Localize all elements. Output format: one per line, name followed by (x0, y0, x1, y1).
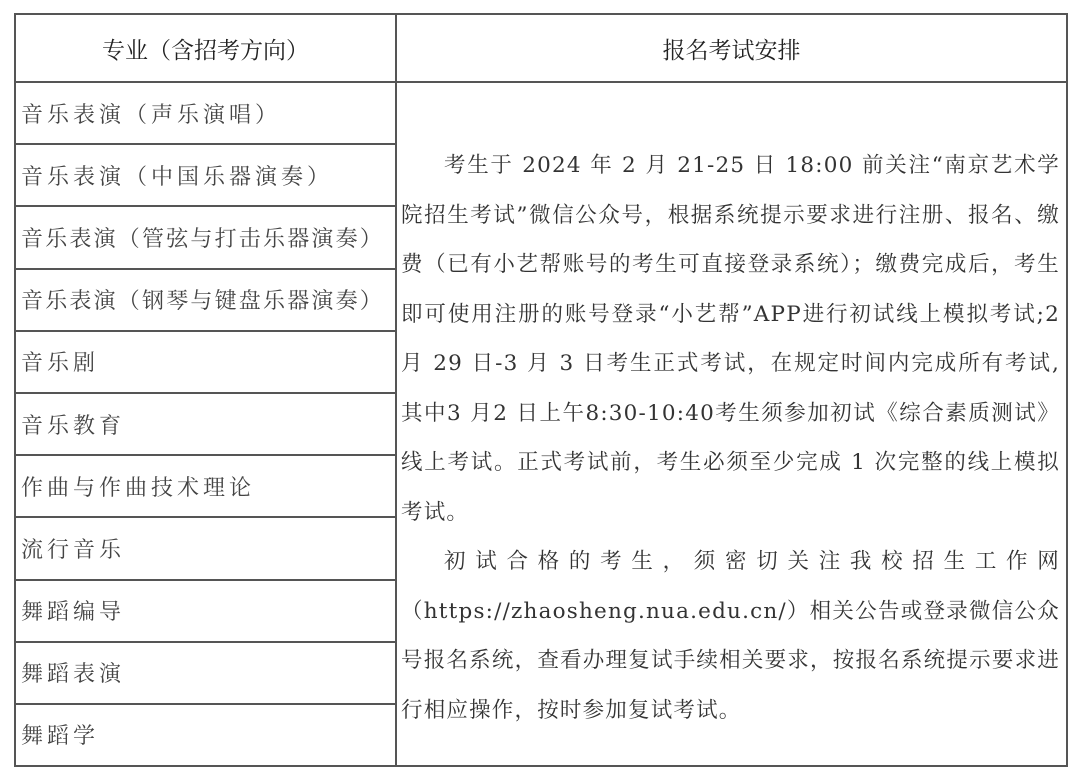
admission-schedule-table: 专业（含招考方向） 报名考试安排 音乐表演（声乐演唱） 音乐表演（中国乐器演奏）… (14, 13, 1068, 767)
majors-column: 音乐表演（声乐演唱） 音乐表演（中国乐器演奏） 音乐表演（管弦与打击乐器演奏） … (16, 83, 397, 765)
major-row: 音乐剧 (16, 332, 395, 394)
major-row: 音乐表演（中国乐器演奏） (16, 145, 395, 207)
major-row: 音乐教育 (16, 394, 395, 456)
schedule-cell: 考生于 2024 年 2 月 21-25 日 18:00 前关注“南京艺术学院招… (397, 83, 1066, 765)
major-row: 舞蹈学 (16, 705, 395, 765)
retest-paragraph: 初试合格的考生，须密切关注我校招生工作网（https://zhaosheng.n… (401, 537, 1060, 735)
major-row: 舞蹈表演 (16, 643, 395, 705)
major-row: 流行音乐 (16, 518, 395, 580)
major-row: 音乐表演（钢琴与键盘乐器演奏） (16, 270, 395, 332)
major-row: 作曲与作曲技术理论 (16, 456, 395, 518)
major-row: 音乐表演（管弦与打击乐器演奏） (16, 207, 395, 269)
schedule-column-header: 报名考试安排 (397, 15, 1066, 83)
major-row: 音乐表演（声乐演唱） (16, 83, 395, 145)
major-row: 舞蹈编导 (16, 581, 395, 643)
major-column-header: 专业（含招考方向） (16, 15, 397, 83)
registration-paragraph: 考生于 2024 年 2 月 21-25 日 18:00 前关注“南京艺术学院招… (401, 141, 1060, 537)
